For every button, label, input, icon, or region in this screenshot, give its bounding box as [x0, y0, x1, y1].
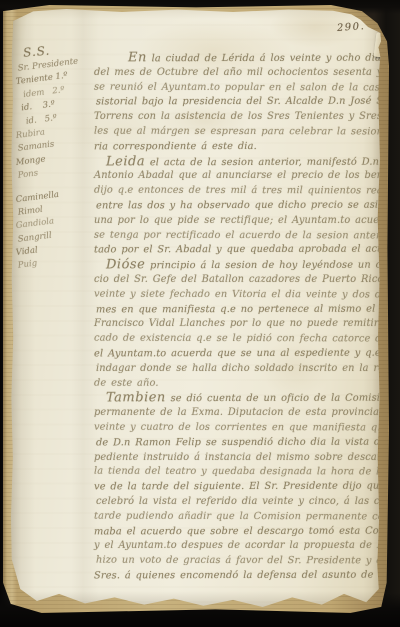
manuscript-line: se reunió el Ayuntam.to popular en el sa… — [94, 80, 376, 96]
manuscript-line: y el Ayuntam.to despues de acordar la pr… — [94, 539, 376, 554]
manuscript-line: hizo un voto de gracias á favor del Sr. … — [96, 554, 376, 570]
manuscript-line: permanente de la Exma. Diputacion de est… — [94, 406, 376, 421]
paragraph-lead-word: Dióse — [106, 257, 145, 272]
paragraph-lead-word: Tambien — [106, 391, 166, 406]
manuscript-line: dijo q.e entonces de tres mil á tres mil… — [94, 184, 376, 200]
manuscript-line: Francisco Vidal Llanches por lo que no p… — [94, 317, 376, 332]
manuscript-line: del mes de Octubre del año mil ochocient… — [94, 66, 376, 81]
manuscript-line: les que al márgen se espresan para celeb… — [94, 125, 376, 141]
manuscript-line: entre las dos y ha observado que dicho p… — [96, 199, 376, 215]
paragraph-lead-word: En — [128, 50, 147, 65]
page-number: 290. — [336, 21, 365, 34]
manuscript-line: ve de la tarde del siguiente. El Sr. Pre… — [94, 480, 376, 496]
manuscript-line: el Ayuntam.to acuerda que se una al espe… — [94, 347, 376, 363]
manuscript-photo: 290. S.S. Sr. PresidenteTeniente 1.º ide… — [0, 0, 400, 627]
manuscript-line: celebró la vista el referido dia veinte … — [96, 495, 376, 510]
manuscript-line: pediente instruido á instancia del mismo… — [94, 451, 376, 466]
manuscript-line: mes en que manifiesta q.e no pertenece a… — [96, 302, 376, 318]
manuscript-line: En la ciudad de Lérida á los veinte y oc… — [94, 51, 376, 67]
manuscript-paragraph: En la ciudad de Lérida á los veinte y oc… — [94, 51, 376, 155]
manuscript-paragraph: Dióse principio á la sesion de hoy leyén… — [94, 258, 376, 391]
manuscript-page: 290. S.S. Sr. PresidenteTeniente 1.º ide… — [11, 9, 381, 607]
manuscript-line: Tambien se dió cuenta de un oficio de la… — [94, 391, 376, 407]
manuscript-line: tado por el Sr. Abadal y que quedaba apr… — [94, 243, 376, 259]
manuscript-line: veinte y cuatro de los corrientes en que… — [94, 421, 376, 437]
manuscript-line: cado de existencia q.e se le pidió con f… — [94, 332, 376, 348]
manuscript-text: En la ciudad de Lérida á los veinte y oc… — [94, 51, 376, 584]
manuscript-line: de D.n Ramon Felip se suspendió dicho di… — [96, 435, 376, 451]
manuscript-paragraph: Tambien se dió cuenta de un oficio de la… — [94, 391, 376, 583]
manuscript-line: indagar donde se halla dicho soldado ins… — [96, 362, 376, 377]
manuscript-paragraph: Leida el acta de la sesion anterior, man… — [94, 155, 376, 259]
manuscript-line: la tienda del teatro y quedaba designada… — [94, 465, 376, 481]
manuscript-line: tarde pudiendo añadir que la Comision pe… — [94, 509, 376, 525]
manuscript-line: Antonio Abadal que al anunciarse el prec… — [94, 169, 376, 184]
manuscript-line: veinte y siete fechado en Vitoria el dia… — [94, 287, 376, 303]
manuscript-line: sistorial bajo la presidencia del Sr. Al… — [96, 95, 376, 111]
manuscript-line: Torrens con la asistencia de los Sres Te… — [94, 110, 376, 125]
manuscript-line: se tenga por rectificado el acuerdo de l… — [94, 228, 376, 244]
manuscript-line: ria correspondiente á este dia. — [94, 139, 376, 155]
manuscript-line: Leida el acta de la sesion anterior, man… — [94, 154, 376, 170]
manuscript-line: Sres. á quienes encomendó la defensa del… — [94, 569, 376, 585]
manuscript-line: cio del Sr. Gefe del Batallon cazadores … — [94, 273, 376, 288]
manuscript-line: maba el acuerdo que sobre el descargo to… — [94, 524, 376, 540]
paragraph-lead-word: Leida — [106, 154, 145, 169]
manuscript-line: una por lo que pide se rectifique; el Ay… — [94, 214, 376, 229]
manuscript-line: Dióse principio á la sesion de hoy leyén… — [94, 258, 376, 274]
attendees-margin: S.S. Sr. PresidenteTeniente 1.º idem 2.º… — [16, 43, 94, 274]
attendees-list: Sr. PresidenteTeniente 1.º idem 2.º id. … — [16, 63, 94, 274]
